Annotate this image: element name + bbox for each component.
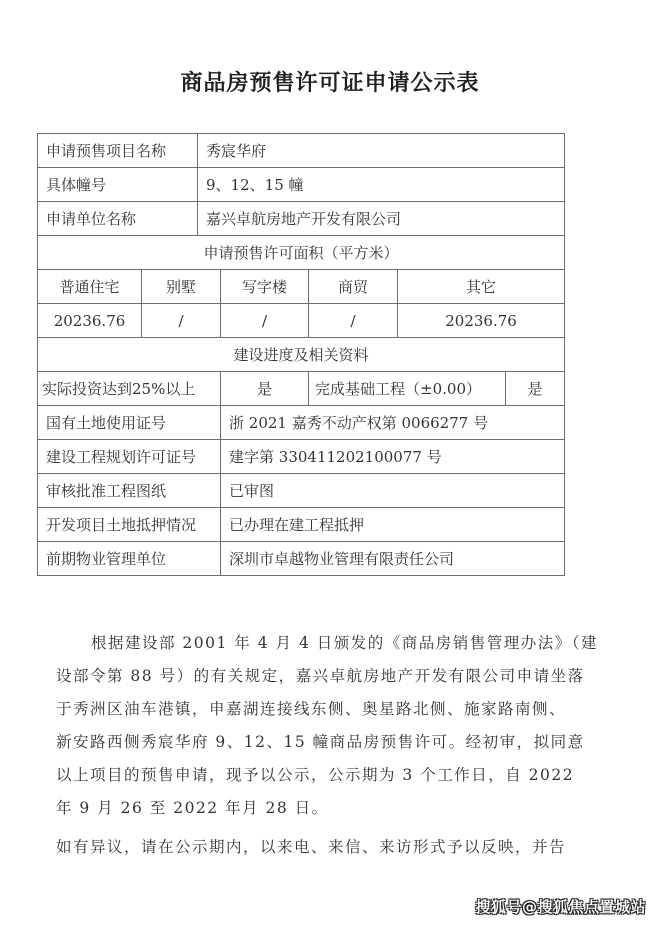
value-applicant: 嘉兴卓航房地产开发有限公司 [198,202,565,236]
row-planning-permit: 建设工程规划许可证号 建字第 330411202100077 号 [38,440,565,474]
area-val-commercial: / [309,304,398,338]
row-project-name: 申请预售项目名称 秀宸华府 [38,134,565,168]
value-building-no: 9、12、15 幢 [198,168,565,202]
label-drawings: 审核批准工程图纸 [38,474,221,508]
progress-section-header: 建设进度及相关资料 [38,338,565,372]
row-mortgage: 开发项目土地抵押情况 已办理在建工程抵押 [38,508,565,542]
area-col-residential: 普通住宅 [38,270,142,304]
notice-line-5: 以上项目的预售申请，现予以公示，公示期为 3 个工作日，自 2022 [56,759,616,792]
label-investment: 实际投资达到25%以上 [38,372,221,406]
label-building-no: 具体幢号 [38,168,198,202]
notice-line-3: 于秀洲区油车港镇，申嘉湖连接线东侧、奥星路北侧、施家路南侧、 [56,693,616,726]
label-property-mgmt: 前期物业管理单位 [38,542,221,576]
row-area-values: 20236.76 / / / 20236.76 [38,304,565,338]
objection-paragraph: 如有异议，请在公示期内，以来电、来信、来访形式予以反映，并告 [56,831,616,864]
label-project-name: 申请预售项目名称 [38,134,198,168]
source-watermark: 搜狐号@搜狐焦点置城站 [475,896,646,917]
area-col-office: 写字楼 [221,270,309,304]
area-val-other: 20236.76 [398,304,565,338]
label-applicant: 申请单位名称 [38,202,198,236]
notice-line-2: 设部令第 88 号）的有关规定，嘉兴卓航房地产开发有限公司申请坐落 [56,660,616,693]
row-progress: 实际投资达到25%以上 是 完成基础工程（±0.00） 是 [38,372,565,406]
area-section-header: 申请预售许可面积（平方米） [38,236,565,270]
value-property-mgmt: 深圳市卓越物业管理有限责任公司 [221,542,565,576]
value-land-cert: 浙 2021 嘉秀不动产权第 0066277 号 [221,406,565,440]
area-col-villa: 别墅 [142,270,221,304]
value-mortgage: 已办理在建工程抵押 [221,508,565,542]
row-progress-header: 建设进度及相关资料 [38,338,565,372]
objection-line-1: 如有异议，请在公示期内，以来电、来信、来访形式予以反映，并告 [56,831,616,864]
area-val-office: / [221,304,309,338]
row-land-cert: 国有土地使用证号 浙 2021 嘉秀不动产权第 0066277 号 [38,406,565,440]
label-planning-permit: 建设工程规划许可证号 [38,440,221,474]
area-val-residential: 20236.76 [38,304,142,338]
notice-line-4: 新安路西侧秀宸华府 9、12、15 幢商品房预售许可。经初审，拟同意 [56,726,616,759]
label-foundation: 完成基础工程（±0.00） [309,372,506,406]
row-building-no: 具体幢号 9、12、15 幢 [38,168,565,202]
page-title: 商品房预售许可证申请公示表 [0,66,660,97]
row-applicant: 申请单位名称 嘉兴卓航房地产开发有限公司 [38,202,565,236]
notice-paragraph: 根据建设部 2001 年 4 月 4 日颁发的《商品房销售管理办法》（建 设部令… [56,627,616,825]
row-property-mgmt: 前期物业管理单位 深圳市卓越物业管理有限责任公司 [38,542,565,576]
area-val-villa: / [142,304,221,338]
notice-line-1: 根据建设部 2001 年 4 月 4 日颁发的《商品房销售管理办法》（建 [56,627,616,660]
value-project-name: 秀宸华府 [198,134,565,168]
label-mortgage: 开发项目土地抵押情况 [38,508,221,542]
value-foundation: 是 [506,372,565,406]
value-planning-permit: 建字第 330411202100077 号 [221,440,565,474]
application-table: 申请预售项目名称 秀宸华府 具体幢号 9、12、15 幢 申请单位名称 嘉兴卓航… [37,133,565,576]
label-land-cert: 国有土地使用证号 [38,406,221,440]
row-area-columns: 普通住宅 别墅 写字楼 商贸 其它 [38,270,565,304]
notice-line-6: 年 9 月 26 至 2022 年月 28 日。 [56,792,616,825]
value-drawings: 已审图 [221,474,565,508]
row-drawings: 审核批准工程图纸 已审图 [38,474,565,508]
area-col-commercial: 商贸 [309,270,398,304]
value-investment: 是 [221,372,309,406]
row-area-header: 申请预售许可面积（平方米） [38,236,565,270]
area-col-other: 其它 [398,270,565,304]
